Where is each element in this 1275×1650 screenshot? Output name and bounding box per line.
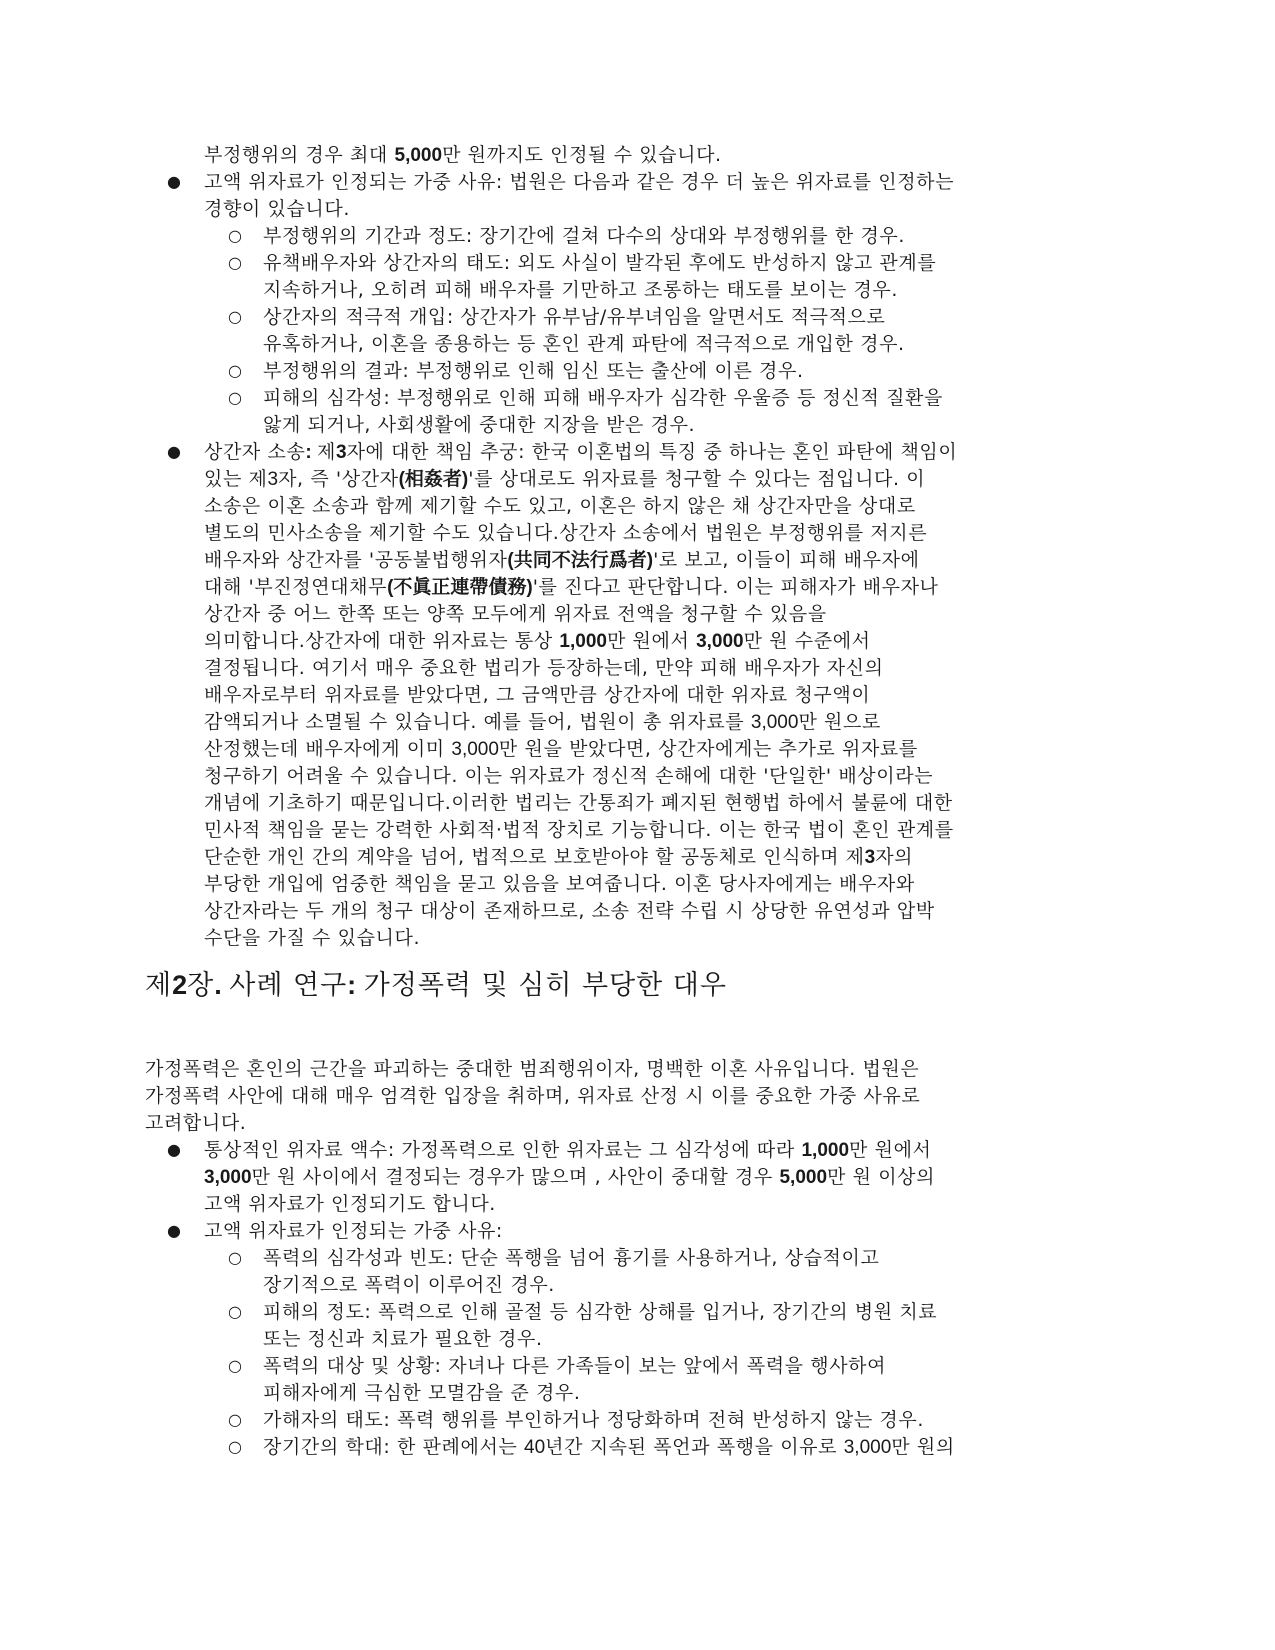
- bullet-hollow-icon: ○: [228, 1244, 242, 1272]
- list-item-line: 배우자로부터 위자료를 받았다면, 그 금액만큼 상간자에 대한 위자료 청구액…: [204, 681, 870, 709]
- text-run: 부정행위의 경우 최대: [204, 144, 395, 166]
- text-run: 가정폭력 및 심히 부당한 대우: [364, 970, 727, 1001]
- amount-bold: 3,000: [204, 1167, 252, 1188]
- sub-list-item-line: 폭력의 대상 및 상황: 자녀나 다른 가족들이 보는 앞에서 폭력을 행사하여: [263, 1352, 886, 1380]
- paragraph-line: 가정폭력은 혼인의 근간을 파괴하는 중대한 범죄행위이자, 명백한 이혼 사유…: [145, 1055, 919, 1083]
- sub-list-item-line: 피해의 정도: 폭력으로 인해 골절 등 심각한 상해를 입거나, 장기간의 병…: [263, 1298, 937, 1326]
- text-bold: 3: [865, 847, 876, 868]
- sub-list-item-line: 지속하거나, 오히려 피해 배우자를 기만하고 조롱하는 태도를 보이는 경우.: [263, 276, 898, 304]
- text-bold: :: [305, 442, 317, 463]
- bullet-hollow-icon: ○: [228, 222, 242, 250]
- paragraph-line: 부정행위의 경우 최대 5,000만 원까지도 인정될 수 있습니다.: [204, 141, 722, 170]
- text-run: 자의: [875, 846, 913, 868]
- text-run: 있는 제: [204, 468, 268, 490]
- bullet-hollow-icon: ○: [228, 1352, 242, 1380]
- sub-list-item-line: 유책배우자와 상간자의 태도: 외도 사실이 발각된 후에도 반성하지 않고 관…: [263, 249, 936, 277]
- list-item-line: 감액되거나 소멸될 수 있습니다. 예를 들어, 법원이 총 위자료를 3,00…: [204, 708, 881, 737]
- sub-list-item-line: 장기적으로 폭력이 이루어진 경우.: [263, 1271, 555, 1299]
- text-bold: :: [347, 970, 364, 1000]
- text-number: 3: [268, 469, 279, 490]
- text-run: 사례 연구: [229, 970, 347, 1001]
- list-item-line: 의미합니다.상간자에 대한 위자료는 통상 1,000만 원에서 3,000만 …: [204, 627, 871, 656]
- amount-bold: 5,000: [395, 145, 443, 166]
- text-run: '를 상대로도 위자료를 청구할 수 있다는 점입니다. 이: [468, 468, 925, 490]
- sub-list-item-line: 가해자의 태도: 폭력 행위를 부인하거나 정당화하며 전혀 반성하지 않는 경…: [263, 1406, 924, 1434]
- sub-list-item-line: 유혹하거나, 이혼을 종용하는 등 혼인 관계 파탄에 적극적으로 개입한 경우…: [263, 330, 905, 358]
- list-item-line: 상간자 중 어느 한쪽 또는 양쪽 모두에게 위자료 전액을 청구할 수 있음을: [204, 600, 827, 628]
- list-item-line: 상간자라는 두 개의 청구 대상이 존재하므로, 소송 전략 수립 시 상당한 …: [204, 897, 935, 925]
- sub-list-item-line: 부정행위의 기간과 정도: 장기간에 걸쳐 다수의 상대와 부정행위를 한 경우…: [263, 222, 905, 250]
- list-item-line: 경향이 있습니다.: [204, 195, 350, 223]
- list-item-line: 민사적 책임을 묻는 강력한 사회적·법적 장치로 기능합니다. 이는 한국 법…: [204, 816, 954, 844]
- text-run: 만 원으로: [798, 711, 880, 733]
- text-run: 산정했는데 배우자에게 이미: [204, 738, 451, 760]
- sub-list-item-line: 또는 정신과 치료가 필요한 경우.: [263, 1325, 543, 1353]
- sub-list-item-line: 상간자의 적극적 개입: 상간자가 유부남/유부녀임을 알면서도 적극적으로: [263, 303, 885, 331]
- list-item-line: 산정했는데 배우자에게 이미 3,000만 원을 받았다면, 상간자에게는 추가…: [204, 735, 918, 764]
- text-run: 년간 지속된 폭언과 폭행을 이유로: [545, 1436, 844, 1458]
- list-item-line: 단순한 개인 간의 계약을 넘어, 법적으로 보호받아야 할 공동체로 인식하며…: [204, 843, 913, 872]
- paragraph-line: 가정폭력 사안에 대해 매우 엄격한 입장을 취하며, 위자료 산정 시 이를 …: [145, 1082, 920, 1110]
- bullet-hollow-icon: ○: [228, 1406, 242, 1434]
- text-run: 만 원 사이에서 결정되는 경우가 많으며 , 사안이 중대할 경우: [252, 1166, 780, 1188]
- text-run: '를 진다고 판단합니다. 이는 피해자가 배우자나: [533, 576, 939, 598]
- list-item-line: 결정됩니다. 여기서 매우 중요한 법리가 등장하는데, 만약 피해 배우자가 …: [204, 654, 884, 682]
- text-run: 만 원에서: [849, 1139, 931, 1161]
- list-item-line: 소송은 이혼 소송과 함께 제기할 수도 있고, 이혼은 하지 않은 채 상간자…: [204, 492, 916, 520]
- document-page: 부정행위의 경우 최대 5,000만 원까지도 인정될 수 있습니다. ● 고액…: [0, 0, 1275, 1650]
- text-run: 감액되거나 소멸될 수 있습니다. 예를 들어, 법원이 총 위자료를: [204, 711, 751, 733]
- bullet-hollow-icon: ○: [228, 357, 242, 385]
- list-item-line: 수단을 가질 수 있습니다.: [204, 924, 420, 952]
- text-run: 만 원의: [891, 1436, 955, 1458]
- amount-bold: 5,000: [779, 1167, 827, 1188]
- bullet-hollow-icon: ○: [228, 249, 242, 277]
- text-number: 3,000: [451, 739, 499, 760]
- text-run: 의미합니다.상간자에 대한 위자료는 통상: [204, 630, 559, 652]
- list-item-line: 개념에 기초하기 때문입니다.이러한 법리는 간통죄가 폐지된 현행법 하에서 …: [204, 789, 953, 817]
- text-run: 만 원을 받았다면, 상간자에게는 추가로 위자료를: [499, 738, 918, 760]
- text-run: 제: [145, 970, 172, 1001]
- list-item-line: 고액 위자료가 인정되는 가중 사유: 법원은 다음과 같은 경우 더 높은 위…: [204, 168, 954, 196]
- sub-list-item-line: 피해자에게 극심한 모멸감을 준 경우.: [263, 1379, 581, 1407]
- text-run: 배우자와 상간자를 '공동불법행위자: [204, 549, 507, 571]
- bullet-filled-icon: ●: [167, 438, 181, 466]
- text-bold: 3: [336, 442, 347, 463]
- text-number: 40: [524, 1437, 545, 1458]
- hanja-bold: (不眞正連帶債務): [387, 577, 533, 598]
- list-item-line: 상간자 소송: 제3자에 대한 책임 추궁: 한국 이혼법의 특징 중 하나는 …: [204, 438, 957, 467]
- sub-list-item-line: 장기간의 학대: 한 판례에서는 40년간 지속된 폭언과 폭행을 이유로 3,…: [263, 1433, 955, 1462]
- hanja-bold: (相姦者): [399, 469, 469, 490]
- bullet-filled-icon: ●: [167, 168, 181, 196]
- text-run: 상간자 소송: [204, 441, 305, 463]
- list-item-line: 청구하기 어려울 수 있습니다. 이는 위자료가 정신적 손해에 대한 '단일한…: [204, 762, 933, 790]
- text-run: 단순한 개인 간의 계약을 넘어, 법적으로 보호받아야 할 공동체로 인식하며…: [204, 846, 865, 868]
- list-item-line: 있는 제3자, 즉 '상간자(相姦者)'를 상대로도 위자료를 청구할 수 있다…: [204, 465, 925, 494]
- sub-list-item-line: 폭력의 심각성과 빈도: 단순 폭행을 넘어 흉기를 사용하거나, 상습적이고: [263, 1244, 879, 1272]
- text-run: 통상적인 위자료 액수: 가정폭력으로 인한 위자료는 그 심각성에 따라: [204, 1139, 801, 1161]
- text-run: 제: [317, 441, 336, 463]
- text-run: 만 원 수준에서: [744, 630, 871, 652]
- bullet-filled-icon: ●: [167, 1136, 181, 1164]
- list-item-line: 부당한 개입에 엄중한 책임을 묻고 있음을 보여줍니다. 이혼 당사자에게는 …: [204, 870, 915, 898]
- paragraph-line: 고려합니다.: [145, 1109, 246, 1137]
- bullet-hollow-icon: ○: [228, 1433, 242, 1461]
- bullet-hollow-icon: ○: [228, 384, 242, 412]
- amount-bold: 1,000: [559, 631, 607, 652]
- text-run: 자, 즉 '상간자: [278, 468, 399, 490]
- list-item-line: 배우자와 상간자를 '공동불법행위자(共同不法行爲者)'로 보고, 이들이 피해…: [204, 546, 920, 575]
- hanja-bold: (共同不法行爲者): [507, 550, 653, 571]
- text-run: 만 원에서: [607, 630, 696, 652]
- text-run: 장: [187, 970, 214, 1001]
- list-item-line: 별도의 민사소송을 제기할 수도 있습니다.상간자 소송에서 법원은 부정행위를…: [204, 519, 927, 547]
- list-item-line: 3,000만 원 사이에서 결정되는 경우가 많으며 , 사안이 중대할 경우 …: [204, 1163, 935, 1192]
- sub-list-item-line: 앓게 되거나, 사회생활에 중대한 지장을 받은 경우.: [263, 411, 695, 439]
- list-item-line: 고액 위자료가 인정되기도 합니다.: [204, 1190, 496, 1218]
- text-run: 자에 대한 책임 추궁: 한국 이혼법의 특징 중 하나는 혼인 파탄에 책임이: [347, 441, 958, 463]
- bullet-hollow-icon: ○: [228, 1298, 242, 1326]
- amount-bold: 3,000: [696, 631, 744, 652]
- chapter-heading: 제2장. 사례 연구: 가정폭력 및 심히 부당한 대우: [145, 967, 727, 1004]
- sub-list-item-line: 피해의 심각성: 부정행위로 인해 피해 배우자가 심각한 우울증 등 정신적 …: [263, 384, 943, 412]
- text-run: 대해 '부진정연대채무: [204, 576, 387, 598]
- text-bold: 2: [172, 970, 187, 1000]
- text-number: 3,000: [751, 712, 799, 733]
- text-bold: .: [214, 970, 229, 1000]
- text-number: 3,000: [844, 1437, 892, 1458]
- text-run: '로 보고, 이들이 피해 배우자에: [653, 549, 919, 571]
- amount-bold: 1,000: [801, 1140, 849, 1161]
- list-item-line: 고액 위자료가 인정되는 가중 사유:: [204, 1217, 503, 1245]
- bullet-hollow-icon: ○: [228, 303, 242, 331]
- text-run: 만 원까지도 인정될 수 있습니다.: [442, 144, 722, 166]
- text-run: 장기간의 학대: 한 판례에서는: [263, 1436, 524, 1458]
- bullet-filled-icon: ●: [167, 1217, 181, 1245]
- text-run: 만 원 이상의: [827, 1166, 935, 1188]
- sub-list-item-line: 부정행위의 결과: 부정행위로 인해 임신 또는 출산에 이른 경우.: [263, 357, 804, 385]
- list-item-line: 대해 '부진정연대채무(不眞正連帶債務)'를 진다고 판단합니다. 이는 피해자…: [204, 573, 939, 602]
- list-item-line: 통상적인 위자료 액수: 가정폭력으로 인한 위자료는 그 심각성에 따라 1,…: [204, 1136, 932, 1165]
